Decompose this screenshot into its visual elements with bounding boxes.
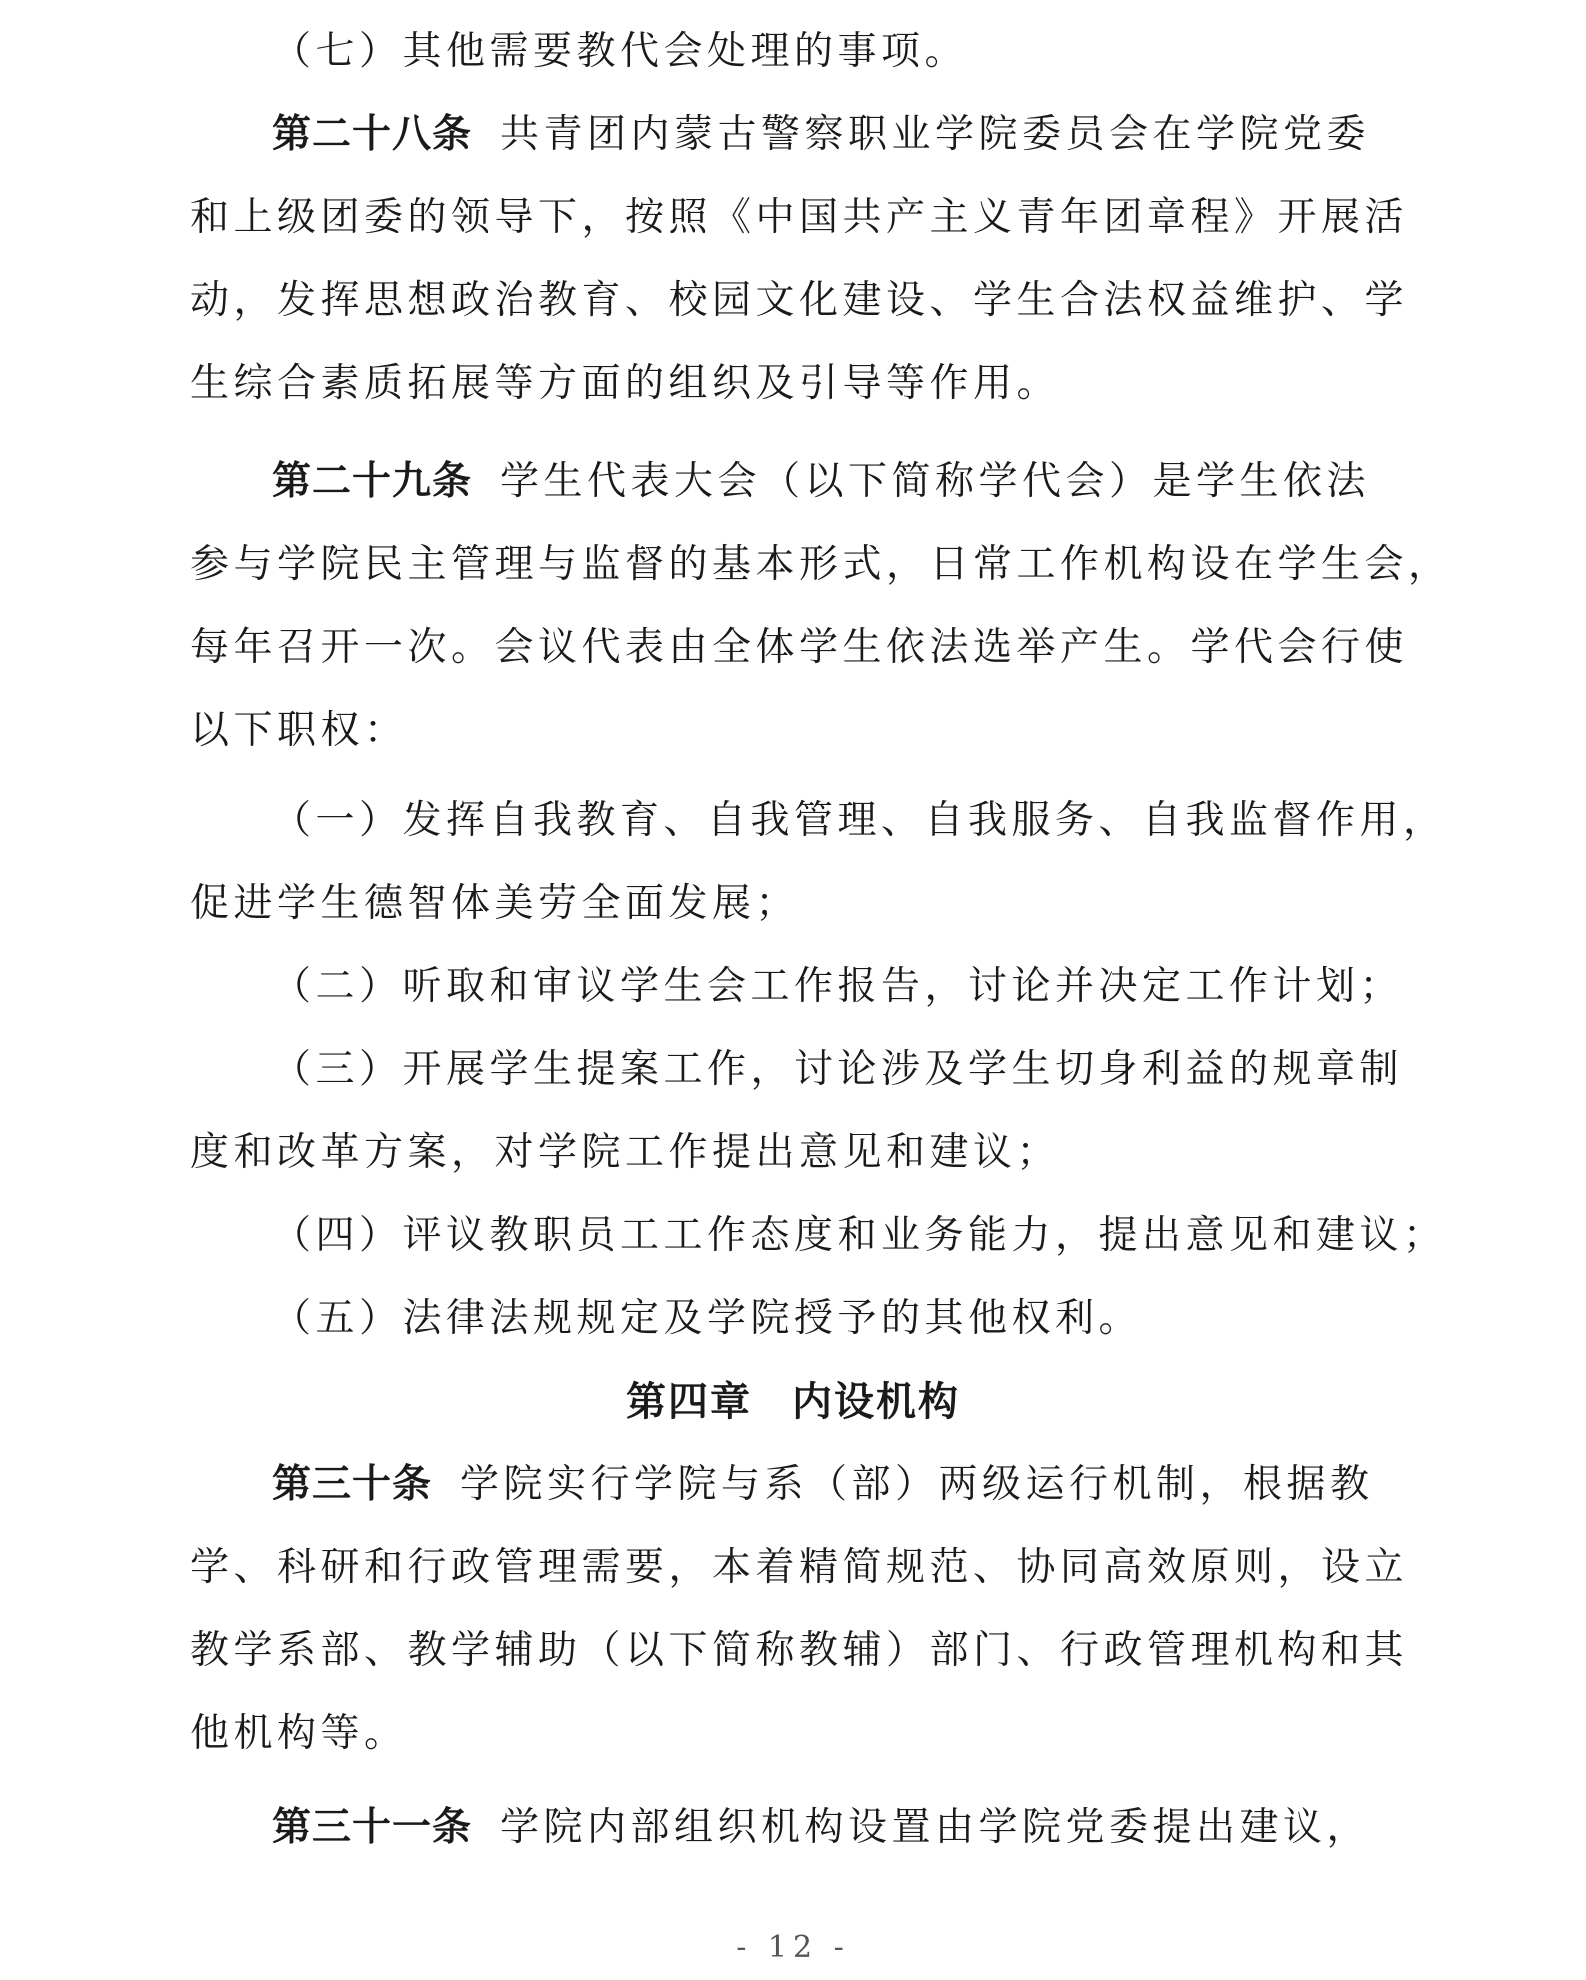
list-item-4: （四）评议教职员工工作态度和业务能力，提出意见和建议； [272,1212,1405,1260]
list-item-3: （三）开展学生提案工作，讨论涉及学生切身利益的规章制 [272,1046,1405,1094]
chapter-heading: 第四章内设机构 [0,1378,1586,1426]
paragraph-text: （一）发挥自我教育、自我管理、自我服务、自我监督作用， [272,798,1447,843]
paragraph-line: 度和改革方案，对学院工作提出意见和建议； [190,1129,1405,1177]
article-heading: 第三十条 [272,1462,432,1507]
paragraph-text: （二）听取和审议学生会工作报告，讨论并决定工作计划； [272,964,1403,1009]
list-item-7: （七）其他需要教代会处理的事项。 [272,28,1405,76]
list-item-1: （一）发挥自我教育、自我管理、自我服务、自我监督作用， [272,797,1405,845]
article-heading: 第二十八条 [272,112,472,157]
page-number: - 12 - [0,1930,1586,1965]
paragraph-text: 学、科研和行政管理需要，本着精简规范、协同高效原则，设立 [190,1545,1408,1590]
paragraph-line: 促进学生德智体美劳全面发展； [190,880,1405,928]
paragraph-text: 他机构等。 [190,1711,408,1756]
paragraph-text: （三）开展学生提案工作，讨论涉及学生切身利益的规章制 [272,1047,1403,1092]
paragraph-text: 学生代表大会（以下简称学代会）是学生依法 [500,459,1370,504]
document-page: （七）其他需要教代会处理的事项。 第二十八条共青团内蒙古警察职业学院委员会在学院… [0,0,1586,1980]
chapter-number: 第四章 [626,1379,752,1425]
paragraph-text: 共青团内蒙古警察职业学院委员会在学院党委 [500,112,1370,157]
paragraph-line: 和上级团委的领导下，按照《中国共产主义青年团章程》开展活 [190,194,1405,242]
paragraph-line: 每年召开一次。会议代表由全体学生依法选举产生。学代会行使 [190,624,1405,672]
paragraph-line: 他机构等。 [190,1710,1405,1758]
paragraph-text: 学院实行学院与系（部）两级运行机制，根据教 [460,1462,1374,1507]
paragraph-line: 参与学院民主管理与监督的基本形式，日常工作机构设在学生会， [190,541,1405,589]
paragraph-text: 动，发挥思想政治教育、校园文化建设、学生合法权益维护、学 [190,278,1408,323]
paragraph-text: 教学系部、教学辅助（以下简称教辅）部门、行政管理机构和其 [190,1628,1408,1673]
paragraph-text: （四）评议教职员工工作态度和业务能力，提出意见和建议； [272,1213,1447,1258]
article-31: 第三十一条学院内部组织机构设置由学院党委提出建议， [272,1804,1405,1852]
paragraph-text: 生综合素质拓展等方面的组织及引导等作用。 [190,361,1060,406]
paragraph-line: 学、科研和行政管理需要，本着精简规范、协同高效原则，设立 [190,1544,1405,1592]
paragraph-text: 每年召开一次。会议代表由全体学生依法选举产生。学代会行使 [190,625,1408,670]
article-heading: 第二十九条 [272,459,472,504]
paragraph-text: 以下职权： [190,708,408,753]
article-30: 第三十条学院实行学院与系（部）两级运行机制，根据教 [272,1461,1405,1509]
chapter-title: 内设机构 [792,1379,960,1425]
paragraph-line: 动，发挥思想政治教育、校园文化建设、学生合法权益维护、学 [190,277,1405,325]
paragraph-text: 学院内部组织机构设置由学院党委提出建议， [500,1805,1370,1850]
paragraph-line: 生综合素质拓展等方面的组织及引导等作用。 [190,360,1405,408]
paragraph-line: 教学系部、教学辅助（以下简称教辅）部门、行政管理机构和其 [190,1627,1405,1675]
paragraph-text: 促进学生德智体美劳全面发展； [190,881,799,926]
article-heading: 第三十一条 [272,1805,472,1850]
paragraph-text: 度和改革方案，对学院工作提出意见和建议； [190,1130,1060,1175]
list-item-2: （二）听取和审议学生会工作报告，讨论并决定工作计划； [272,963,1405,1011]
list-item-5: （五）法律法规规定及学院授予的其他权利。 [272,1295,1405,1343]
paragraph-text: （五）法律法规规定及学院授予的其他权利。 [272,1296,1142,1341]
paragraph-text: 和上级团委的领导下，按照《中国共产主义青年团章程》开展活 [190,195,1408,240]
paragraph-text: 参与学院民主管理与监督的基本形式，日常工作机构设在学生会， [190,542,1452,587]
paragraph-text: （七）其他需要教代会处理的事项。 [272,29,968,74]
article-28: 第二十八条共青团内蒙古警察职业学院委员会在学院党委 [272,111,1405,159]
paragraph-line: 以下职权： [190,707,1405,755]
article-29: 第二十九条学生代表大会（以下简称学代会）是学生依法 [272,458,1405,506]
